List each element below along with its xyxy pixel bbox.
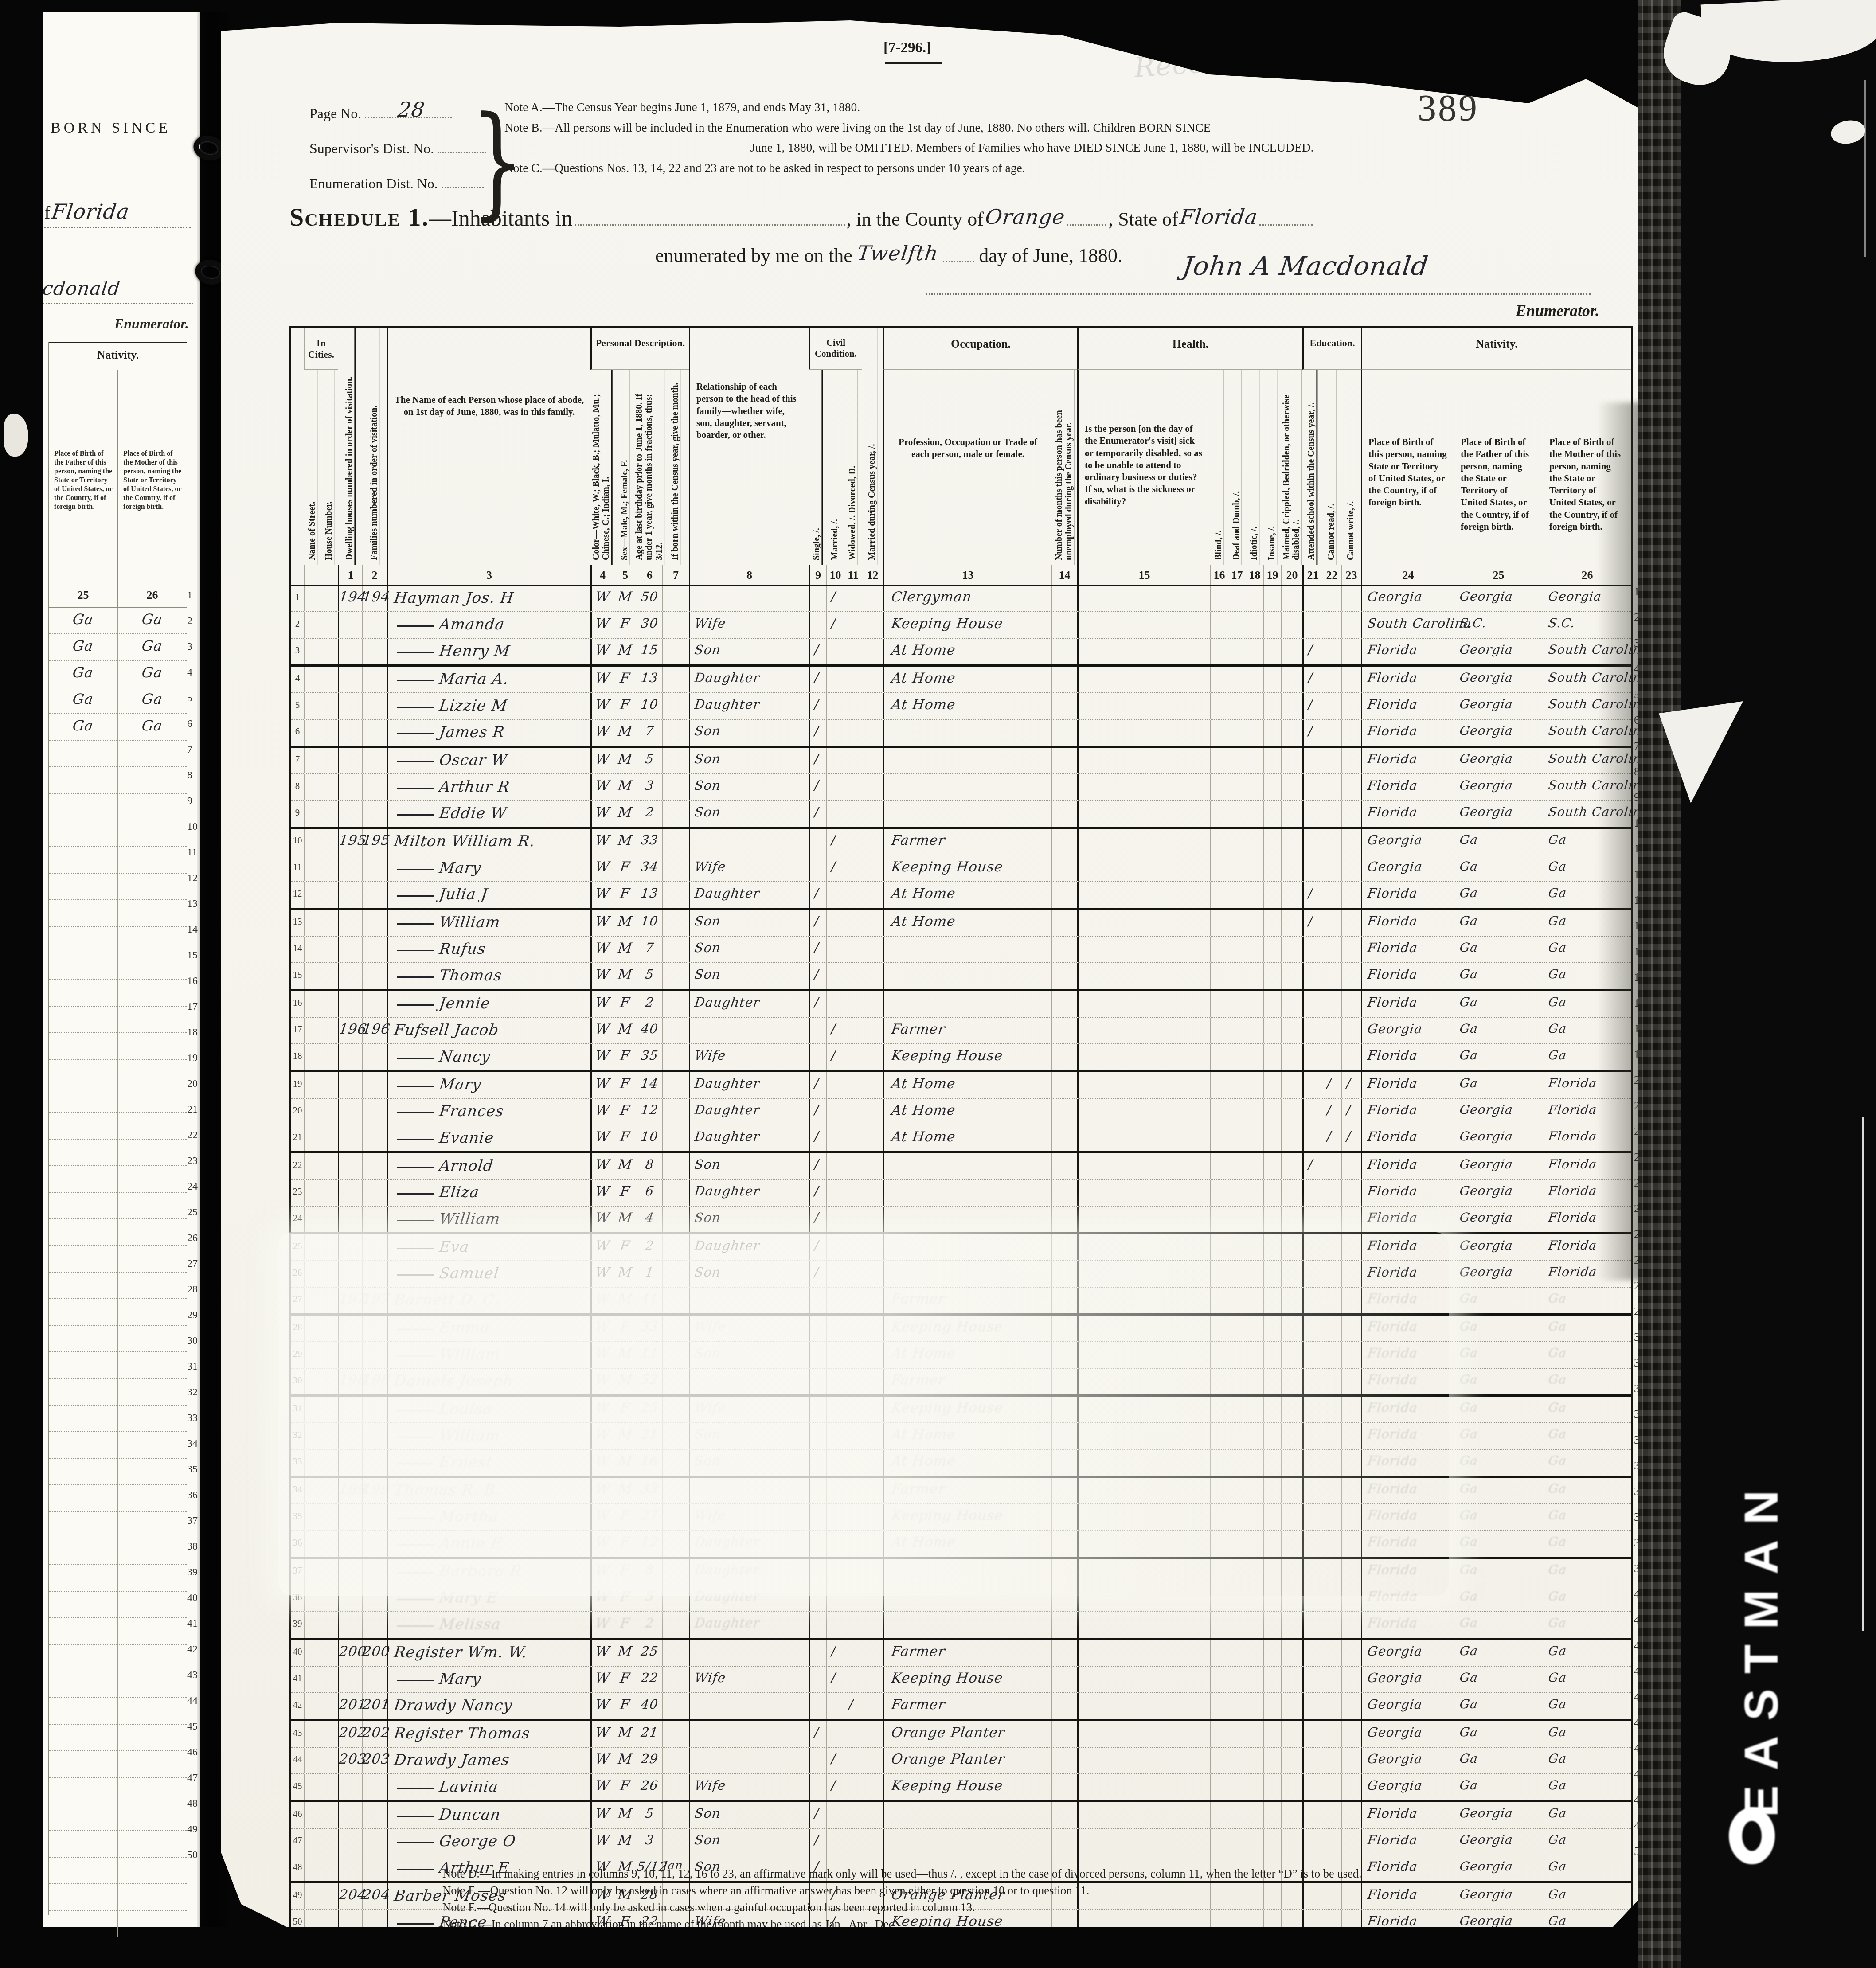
cell-un — [1051, 667, 1077, 692]
cell-w23 — [1341, 855, 1361, 881]
cell-d17 — [1228, 612, 1246, 638]
cell-father-birthplace — [49, 1911, 118, 1937]
cell-dw — [338, 1397, 362, 1422]
cell-in19 — [1263, 1018, 1281, 1043]
cell-fam — [362, 1802, 387, 1828]
cell-nm: Annie E — [387, 1531, 590, 1557]
cell-t12 — [862, 855, 883, 881]
cell-hn — [321, 1667, 338, 1692]
cell-in19 — [1263, 1234, 1281, 1260]
cell-i18 — [1246, 612, 1263, 638]
cell-r22 — [1322, 829, 1341, 855]
cell-w23 — [1341, 801, 1361, 827]
cell-sk — [1077, 1423, 1210, 1449]
cell-oc — [883, 1261, 1051, 1287]
cell-in19 — [1263, 1721, 1281, 1747]
cell-nm: Hayman Jos. H — [387, 586, 590, 611]
cell-co: W — [590, 1207, 614, 1232]
cell-sk — [1077, 882, 1210, 908]
cell-mother-birthplace — [118, 1778, 187, 1804]
cell-hn — [321, 1559, 338, 1585]
cell-b16 — [1210, 1802, 1228, 1828]
cell-t9: / — [809, 720, 826, 746]
cell-father-birthplace — [49, 1512, 118, 1538]
cell-co: W — [590, 1721, 614, 1747]
cell-r22 — [1322, 1478, 1341, 1503]
cell-father-birthplace — [49, 1406, 118, 1431]
table-row: 18NancyWF35Wife/Keeping HouseFloridaGaGa — [291, 1044, 1631, 1072]
cell-t10 — [826, 639, 844, 664]
cell-st — [304, 1423, 321, 1449]
cell-in19 — [1263, 1504, 1281, 1530]
cell-sk — [1077, 1721, 1210, 1747]
cell-fam: 196 — [362, 1018, 387, 1043]
table-row: 3Henry MWM15Son/At Home/FloridaGeorgiaSo… — [291, 639, 1631, 667]
table-row: 38Mary EWF5DaughterFloridaGaGa — [291, 1585, 1631, 1612]
cell-i18 — [1246, 882, 1263, 908]
cell-father-birthplace — [49, 900, 118, 926]
cell-co: W — [590, 991, 614, 1017]
cell-mother-birthplace — [118, 1459, 187, 1484]
cell-b16 — [1210, 1369, 1228, 1394]
cell-b16 — [1210, 1180, 1228, 1206]
cell-co: W — [590, 937, 614, 962]
cell-father-birthplace — [49, 1007, 118, 1032]
cell-nm: Mary — [387, 1072, 590, 1098]
table-row: 10195195Milton William R.WM33/FarmerGeor… — [291, 829, 1631, 855]
cell-w23 — [1341, 1423, 1361, 1449]
cell-father-birthplace — [49, 1538, 118, 1564]
cell-father-birthplace — [49, 1804, 118, 1830]
cell-t10 — [826, 1450, 844, 1476]
cell-r22: / — [1322, 1099, 1341, 1125]
cell-sk — [1077, 1044, 1210, 1070]
cell-sx: M — [614, 1748, 637, 1773]
cell-sk — [1077, 1397, 1210, 1422]
cell-nm: Melissa — [387, 1612, 590, 1638]
cell-mother-birthplace — [118, 767, 187, 793]
cell-d17 — [1228, 639, 1246, 664]
cell-t10 — [826, 1099, 844, 1125]
cell-hn — [321, 1261, 338, 1287]
cell-co: W — [590, 882, 614, 908]
cell-hn — [321, 991, 338, 1017]
cell-d17 — [1228, 1423, 1246, 1449]
microfilm-strip: EASTMAN — [1681, 0, 1876, 1968]
cell-father-birthplace — [49, 1565, 118, 1591]
cell-st — [304, 1450, 321, 1476]
table-row: 28EmmaWF33WifeKeeping HouseFloridaGaGa — [291, 1316, 1631, 1342]
cell-t9: / — [809, 937, 826, 962]
cell-pb: Florida — [1361, 1125, 1454, 1151]
cell-dw — [338, 720, 362, 746]
table-row: 21EvanieWF10Daughter/At Home//FloridaGeo… — [291, 1125, 1631, 1153]
cell-sx: M — [614, 1829, 637, 1855]
cell-pb: Florida — [1361, 1802, 1454, 1828]
cell-fb: Ga — [1454, 1288, 1543, 1313]
group-in-cities: In Cities. — [304, 328, 338, 370]
num-cell: 12 — [862, 565, 883, 585]
cell-w23 — [1341, 1478, 1361, 1503]
cell-sx: F — [614, 1612, 637, 1638]
cell-mb: Ga — [1543, 855, 1631, 881]
cell-st — [304, 1559, 321, 1585]
cell-fb: Ga — [1454, 1748, 1543, 1773]
cell-pb: Georgia — [1361, 829, 1454, 855]
cell-mb: Ga — [1543, 882, 1631, 908]
cell-b16 — [1210, 910, 1228, 936]
cell-hn — [321, 586, 338, 611]
cell-t10 — [826, 748, 844, 773]
cell-co: W — [590, 1180, 614, 1206]
cell-sk — [1077, 693, 1210, 719]
cell-b16 — [1210, 1667, 1228, 1692]
cell-mo — [662, 586, 689, 611]
cell-co: W — [590, 1288, 614, 1313]
cell-sk — [1077, 667, 1210, 692]
cell-hn — [321, 1478, 338, 1503]
cell-ag: 11 — [637, 1342, 662, 1368]
previous-page-fragment: BORN SINCE f Florida cdonald Enumerator.… — [43, 12, 200, 1927]
col-8-relationship: Relationship of each person to the head … — [689, 328, 809, 565]
cell-r22: / — [1322, 1125, 1341, 1151]
cell-in19 — [1263, 1693, 1281, 1719]
cell-father-birthplace: Ga — [49, 608, 118, 633]
row-number: 5 — [291, 693, 304, 719]
cell-mother-birthplace — [118, 1671, 187, 1697]
cell-mo — [662, 1802, 689, 1828]
film-edge-line — [1862, 1117, 1864, 1631]
cell-pb: Florida — [1361, 1342, 1454, 1368]
cell-t12 — [862, 612, 883, 638]
cell-sx: F — [614, 1234, 637, 1260]
cell-fb: Georgia — [1454, 774, 1543, 800]
cell-mother-birthplace — [118, 1698, 187, 1724]
left-page-row — [49, 1007, 187, 1033]
cell-un — [1051, 1153, 1077, 1179]
cell-mother-birthplace — [118, 1406, 187, 1431]
cell-w23 — [1341, 1153, 1361, 1179]
cell-t11 — [844, 1504, 862, 1530]
cell-t9 — [809, 1423, 826, 1449]
cell-mc20 — [1281, 1721, 1302, 1747]
left-page-row: GaGa — [49, 687, 187, 714]
cell-oc: Farmer — [883, 829, 1051, 855]
cell-i18 — [1246, 1829, 1263, 1855]
cell-w23 — [1341, 1397, 1361, 1422]
cell-ag: 7 — [637, 720, 662, 746]
cell-co: W — [590, 1559, 614, 1585]
cell-a21 — [1302, 801, 1322, 827]
cell-dw — [338, 937, 362, 962]
cell-oc: Farmer — [883, 1288, 1051, 1313]
cell-un — [1051, 1288, 1077, 1313]
cell-pb: South Carolina — [1361, 612, 1454, 638]
cell-fb: Ga — [1454, 1721, 1543, 1747]
cell-hn — [321, 1234, 338, 1260]
cell-father-birthplace — [49, 1060, 118, 1086]
left-page-row — [49, 1538, 187, 1565]
cell-t10: / — [826, 586, 844, 611]
cell-r22 — [1322, 1234, 1341, 1260]
cell-hn — [321, 1774, 338, 1800]
cell-i18 — [1246, 1693, 1263, 1719]
cell-fam — [362, 1044, 387, 1070]
col-9-single: Single, /. — [812, 370, 823, 565]
cell-sk — [1077, 1802, 1210, 1828]
cell-pb: Florida — [1361, 882, 1454, 908]
cell-d17 — [1228, 882, 1246, 908]
cell-rel — [689, 829, 809, 855]
cell-a21 — [1302, 1667, 1322, 1692]
cell-t9: / — [809, 1099, 826, 1125]
cell-a21 — [1302, 1559, 1322, 1585]
cell-un — [1051, 1397, 1077, 1422]
cell-t12 — [862, 1207, 883, 1232]
cell-dw — [338, 748, 362, 773]
num-cell: 24 — [1361, 565, 1454, 585]
cell-fam — [362, 774, 387, 800]
cell-i18 — [1246, 801, 1263, 827]
cell-co: W — [590, 748, 614, 773]
cell-t9: / — [809, 1207, 826, 1232]
cell-fb: Georgia — [1454, 1802, 1543, 1828]
cell-b16 — [1210, 748, 1228, 773]
cell-mo — [662, 1585, 689, 1611]
cell-fam — [362, 1207, 387, 1232]
cell-t10 — [826, 963, 844, 989]
cell-sx: M — [614, 586, 637, 611]
table-row: 4Maria A.WF13Daughter/At Home/FloridaGeo… — [291, 667, 1631, 693]
cell-w23: / — [1341, 1099, 1361, 1125]
cell-fam — [362, 693, 387, 719]
cell-mother-birthplace — [118, 1751, 187, 1777]
cell-mo — [662, 910, 689, 936]
cell-co: W — [590, 1802, 614, 1828]
cell-fb: Georgia — [1454, 748, 1543, 773]
cell-fam — [362, 1531, 387, 1557]
cell-i18 — [1246, 855, 1263, 881]
cell-oc — [883, 1829, 1051, 1855]
cell-w23 — [1341, 586, 1361, 611]
cell-a21: / — [1302, 910, 1322, 936]
cell-ag: 52 — [637, 1369, 662, 1394]
cell-fam — [362, 1234, 387, 1260]
cell-sx: F — [614, 1504, 637, 1530]
group-health: Health. — [1077, 328, 1302, 370]
left-page-row — [49, 1352, 187, 1379]
cell-mo — [662, 1559, 689, 1585]
cell-ag: 8 — [637, 1559, 662, 1585]
cell-sk — [1077, 1478, 1210, 1503]
cell-w23 — [1341, 1369, 1361, 1394]
cell-mb: Florida — [1543, 1153, 1631, 1179]
cell-ag: 7 — [637, 937, 662, 962]
cell-mo — [662, 1640, 689, 1666]
left-page-row — [49, 1565, 187, 1592]
cell-r22 — [1322, 1559, 1341, 1585]
cell-t9: / — [809, 910, 826, 936]
cell-mb: South Carolina — [1543, 720, 1631, 746]
cell-t12 — [862, 667, 883, 692]
cell-fb: Ga — [1454, 1774, 1543, 1800]
cell-ag: 1 — [637, 1261, 662, 1287]
cell-fam — [362, 1342, 387, 1368]
cell-rel — [689, 1640, 809, 1666]
cell-mo — [662, 829, 689, 855]
cell-b16 — [1210, 1342, 1228, 1368]
cell-t11 — [844, 1748, 862, 1773]
left-page-row — [49, 980, 187, 1007]
cell-d17 — [1228, 1044, 1246, 1070]
cell-t9 — [809, 855, 826, 881]
cell-in19 — [1263, 829, 1281, 855]
cell-st — [304, 1099, 321, 1125]
cell-mc20 — [1281, 1397, 1302, 1422]
cell-mb: Ga — [1543, 1693, 1631, 1719]
cell-father-birthplace — [49, 1140, 118, 1165]
row-number: 29 — [291, 1342, 304, 1368]
cell-in19 — [1263, 1288, 1281, 1313]
cell-pb: Florida — [1361, 1612, 1454, 1638]
cell-st — [304, 1397, 321, 1422]
cell-i18 — [1246, 1721, 1263, 1747]
cell-oc: Orange Planter — [883, 1721, 1051, 1747]
row-number: 2 — [291, 612, 304, 638]
cell-mb: Ga — [1543, 1829, 1631, 1855]
row-number: 11 — [291, 855, 304, 881]
cell-nm: Arthur R — [387, 774, 590, 800]
cell-fb: Ga — [1454, 1369, 1543, 1394]
table-row: 13WilliamWM10Son/At Home/FloridaGaGa — [291, 910, 1631, 937]
cell-hn — [321, 1640, 338, 1666]
cell-fb: Ga — [1454, 1018, 1543, 1043]
cell-mo — [662, 1693, 689, 1719]
row-number: 30 — [291, 1369, 304, 1394]
cell-fb: Ga — [1454, 1397, 1543, 1422]
cell-un — [1051, 1774, 1077, 1800]
cell-co: W — [590, 1044, 614, 1070]
cell-t10 — [826, 1180, 844, 1206]
cell-sx: F — [614, 1585, 637, 1611]
cell-mo — [662, 1612, 689, 1638]
cell-rel: Wife — [689, 1397, 809, 1422]
cell-b16 — [1210, 1423, 1228, 1449]
table-row: 46DuncanWM5Son/FloridaGeorgiaGa — [291, 1802, 1631, 1829]
cell-r22 — [1322, 1693, 1341, 1719]
num-cell: 23 — [1341, 565, 1361, 585]
cell-st — [304, 991, 321, 1017]
cell-sk — [1077, 1559, 1210, 1585]
col-11-widowed: Widowed, /. Divorced, D. — [848, 370, 858, 565]
cell-un — [1051, 1640, 1077, 1666]
cell-t9 — [809, 829, 826, 855]
cell-t12 — [862, 1829, 883, 1855]
cell-fam: 195 — [362, 829, 387, 855]
cell-i18 — [1246, 1774, 1263, 1800]
cell-mc20 — [1281, 963, 1302, 989]
cell-dw — [338, 667, 362, 692]
left-page-row — [49, 1751, 187, 1778]
cell-co: W — [590, 855, 614, 881]
cell-t11 — [844, 1667, 862, 1692]
cell-mc20 — [1281, 1207, 1302, 1232]
cell-nm: Julia J — [387, 882, 590, 908]
cell-t9 — [809, 1612, 826, 1638]
left-page-row — [49, 1166, 187, 1193]
cell-mc20 — [1281, 1585, 1302, 1611]
cell-in19 — [1263, 1559, 1281, 1585]
cell-d17 — [1228, 1748, 1246, 1773]
cell-t11 — [844, 801, 862, 827]
cell-i18 — [1246, 910, 1263, 936]
cell-b16 — [1210, 1397, 1228, 1422]
cell-hn — [321, 801, 338, 827]
cell-mc20 — [1281, 1018, 1302, 1043]
cell-i18 — [1246, 1667, 1263, 1692]
cell-hn — [321, 1207, 338, 1232]
cell-mb: Ga — [1543, 991, 1631, 1017]
cell-un — [1051, 1612, 1077, 1638]
cell-t11 — [844, 1261, 862, 1287]
cell-un — [1051, 829, 1077, 855]
cell-oc — [883, 720, 1051, 746]
cell-oc: Keeping House — [883, 1667, 1051, 1692]
cell-pb: Florida — [1361, 1234, 1454, 1260]
row-number: 44 — [291, 1748, 304, 1773]
cell-t10: / — [826, 1748, 844, 1773]
cell-t9: / — [809, 1234, 826, 1260]
cell-un — [1051, 1261, 1077, 1287]
cell-oc: Clergyman — [883, 586, 1051, 611]
cell-rel — [689, 1478, 809, 1503]
cell-father-birthplace — [49, 927, 118, 953]
cell-in19 — [1263, 1397, 1281, 1422]
cell-ag: 2 — [637, 801, 662, 827]
cell-i18 — [1246, 937, 1263, 962]
cell-t10 — [826, 1397, 844, 1422]
cell-oc: Farmer — [883, 1640, 1051, 1666]
cell-pb: Georgia — [1361, 1018, 1454, 1043]
cell-pb: Florida — [1361, 910, 1454, 936]
col-24-birthplace: Place of Birth of this person, naming St… — [1361, 370, 1454, 565]
cell-un — [1051, 1450, 1077, 1476]
cell-un — [1051, 1802, 1077, 1828]
cell-hn — [321, 1721, 338, 1747]
cell-in19 — [1263, 963, 1281, 989]
cell-pb: Florida — [1361, 720, 1454, 746]
row-number: 3 — [291, 639, 304, 664]
cell-w23 — [1341, 720, 1361, 746]
col-3-name: The Name of each Person whose place of a… — [387, 328, 590, 565]
cell-i18 — [1246, 748, 1263, 773]
cell-mb: Florida — [1543, 1099, 1631, 1125]
cell-dw — [338, 1099, 362, 1125]
cell-mother-birthplace — [118, 1352, 187, 1378]
cell-t11 — [844, 937, 862, 962]
cell-rel: Daughter — [689, 1180, 809, 1206]
cell-mb: Georgia — [1543, 586, 1631, 611]
cell-sx: F — [614, 1180, 637, 1206]
cell-ag: 40 — [637, 1693, 662, 1719]
group-civil: Civil Condition. — [809, 328, 862, 370]
row-number: 36 — [291, 1531, 304, 1557]
cell-mo — [662, 639, 689, 664]
cell-rel: Daughter — [689, 667, 809, 692]
cell-un — [1051, 1585, 1077, 1611]
num-cell: 17 — [1228, 565, 1246, 585]
cell-father-birthplace — [49, 874, 118, 899]
